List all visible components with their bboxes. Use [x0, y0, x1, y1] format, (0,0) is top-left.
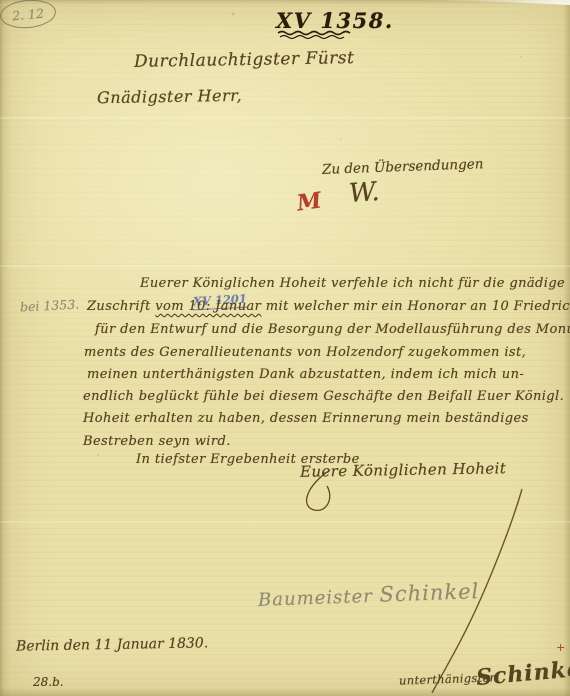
letter-scan-page: XV 1358. Durchlauchtigster Fürst Gnädigs…	[0, 0, 570, 696]
salutation-line-1: Durchlauchtigster Fürst	[134, 48, 355, 72]
signature-name: Schinkel	[475, 655, 570, 691]
body-line-fragment: mit welcher mir ein Honorar an 10 Friedr…	[261, 299, 570, 314]
circled-collection-number: 2. 12	[0, 0, 57, 30]
circled-number-text: 2. 12	[12, 5, 45, 23]
underlined-date-fragment: vom 10: Januar	[155, 299, 261, 314]
closing-address: Euere Königlichen Hoheit	[300, 459, 507, 481]
margin-pencil-note: bei 1353.	[20, 296, 80, 314]
folio-mark: 28.b.	[33, 675, 64, 689]
body-line: meinen unterthänigsten Dank abzustatten,…	[87, 367, 524, 382]
red-plus-mark: +	[556, 641, 565, 654]
body-line: Euerer Königlichen Hoheit verfehle ich n…	[140, 276, 565, 291]
pencil-attribution-prefix: Baumeister	[258, 586, 373, 611]
pencil-attribution: Baumeister Schinkel	[258, 579, 480, 611]
body-line: endlich beglückt fühle bei diesem Geschä…	[83, 389, 564, 404]
paper-crease	[0, 521, 570, 523]
body-line: Hoheit erhalten zu haben, dessen Erinner…	[83, 411, 529, 426]
body-line: ments des Generallieutenants von Holzend…	[84, 345, 526, 360]
paper-crease	[0, 265, 570, 267]
body-line: Zuschrift vom 10: Januar mit welcher mir…	[87, 299, 570, 314]
body-line-fragment: Zuschrift	[87, 299, 155, 314]
red-registry-mark: M	[295, 187, 323, 216]
archive-number-underline	[277, 30, 355, 40]
pencil-attribution-name: Schinkel	[379, 579, 480, 606]
salutation-line-2: Gnädigster Herr,	[97, 86, 242, 108]
scan-edge-artifact	[420, 0, 570, 5]
docket-note: Zu den Übersendungen	[322, 156, 484, 178]
paper-crease	[0, 117, 570, 119]
docket-initials-paraph: W.	[348, 177, 380, 209]
body-line: Bestreben seyn wird.	[83, 434, 231, 449]
place-date-line: Berlin den 11 Januar 1830.	[16, 635, 208, 654]
body-line: für den Entwurf und die Besorgung der Mo…	[95, 322, 570, 337]
